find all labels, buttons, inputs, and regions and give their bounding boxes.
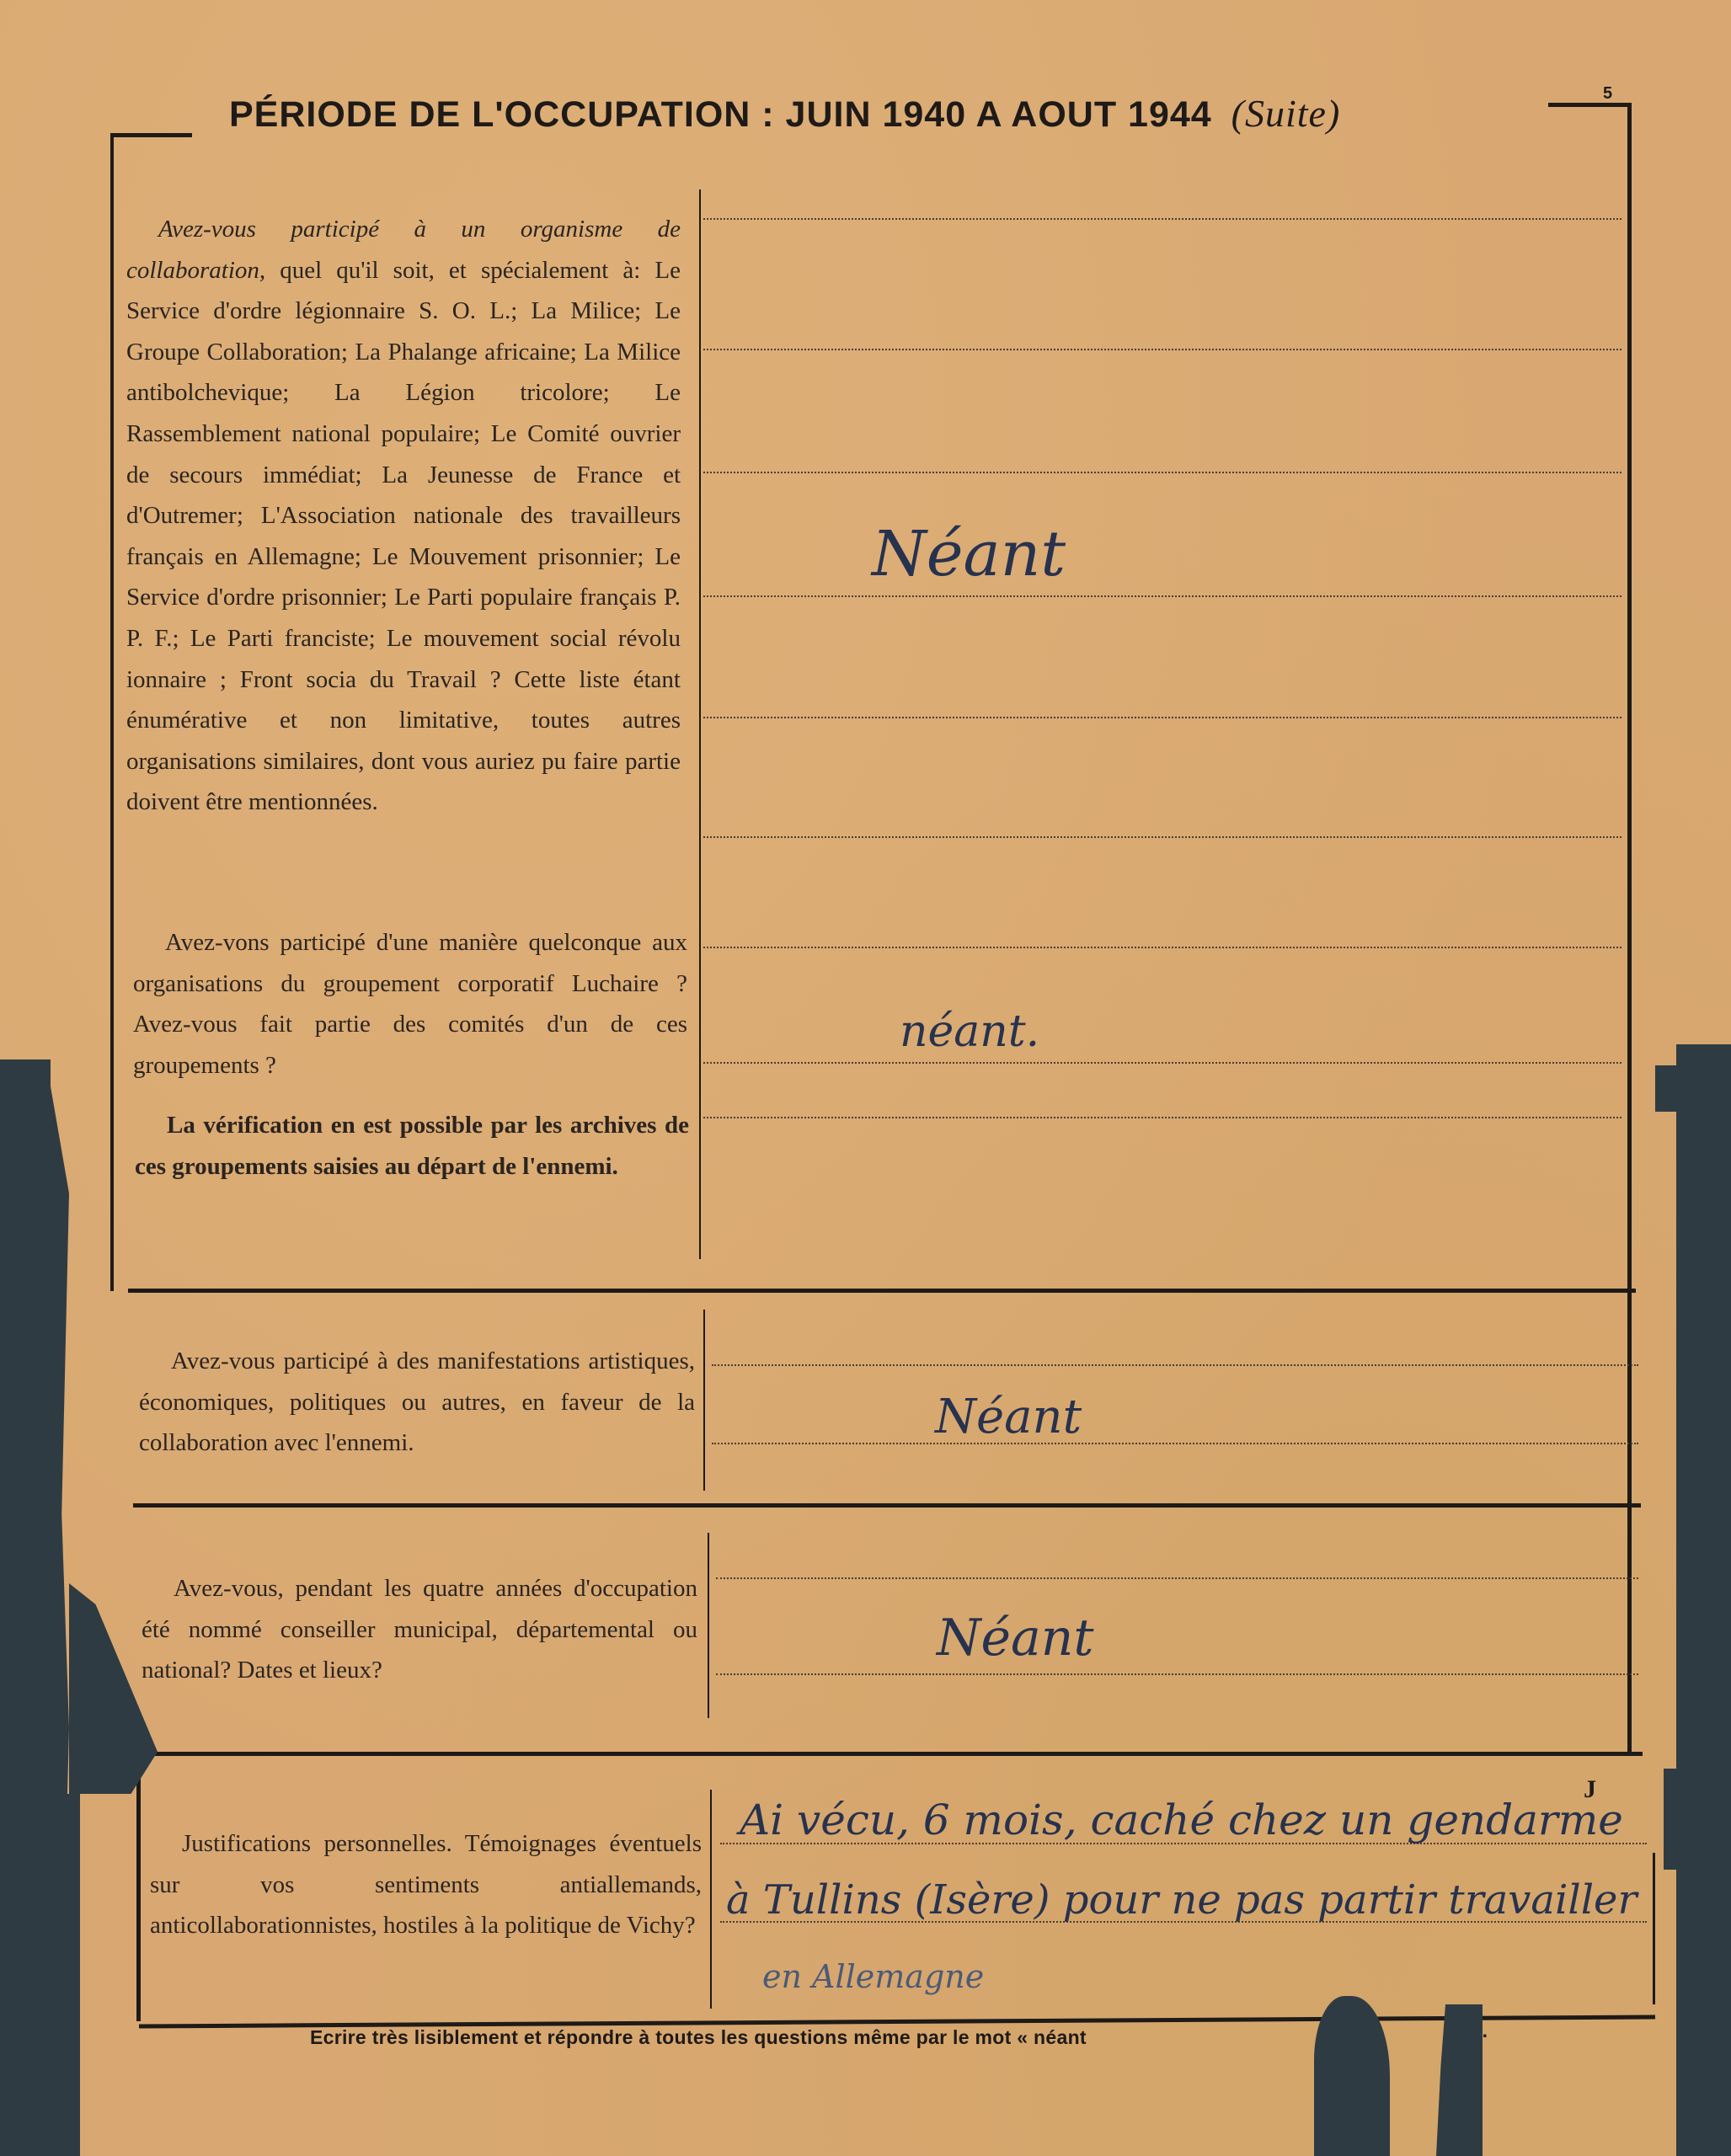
answer-line: [712, 1443, 1638, 1444]
column-divider: [708, 1533, 709, 1718]
answer-line: [716, 1673, 1638, 1675]
page-title: PÉRIODE DE L'OCCUPATION : JUIN 1940 A AO…: [229, 91, 1340, 136]
answer-line: [703, 595, 1621, 597]
column-divider: [703, 1310, 705, 1491]
answer-line: [703, 1062, 1621, 1064]
torn-strip-bottom: [1436, 2004, 1483, 2156]
answer-line: [703, 218, 1621, 220]
document-page: PÉRIODE DE L'OCCUPATION : JUIN 1940 A AO…: [0, 0, 1731, 2156]
frame-left-border-lower: [136, 1777, 141, 2021]
torn-edge-left-bottom: [0, 1794, 80, 2156]
question-justifications: Justifications personnelles. Témoignages…: [150, 1823, 702, 1946]
title-rule-right: [1548, 103, 1628, 107]
answer-groupement-luchaire: néant.: [900, 1006, 1039, 1057]
title-rule-left: [112, 133, 192, 137]
frame-left-border: [110, 133, 114, 1291]
title-text: PÉRIODE DE L'OCCUPATION : JUIN 1940 A AO…: [229, 94, 1212, 135]
verification-note: La vérification en est possible par les …: [135, 1105, 689, 1187]
answer-line: [712, 1364, 1638, 1366]
answer-line: [703, 717, 1621, 718]
torn-hole-bottom: [1314, 1996, 1390, 2156]
section-divider: [128, 1289, 1636, 1293]
page-number: 5: [1603, 84, 1612, 104]
question-manifestations: Avez-vous participé à des manifestations…: [139, 1341, 695, 1464]
answer-line: [703, 1117, 1621, 1118]
answer-justifications-line-1: Ai vécu, 6 mois, caché chez un gendarme: [740, 1796, 1623, 1844]
torn-edge-right: [1676, 1044, 1731, 2156]
section-divider: [133, 1503, 1641, 1508]
torn-edge-right-jag: [1655, 1065, 1680, 1112]
answer-line: [716, 1577, 1638, 1579]
answer-conseiller: Néant: [937, 1609, 1094, 1668]
question-groupement-luchaire: Avez-vons participé d'une manière quelco…: [133, 922, 687, 1086]
title-suffix: (Suite): [1231, 92, 1341, 135]
torn-edge-right-notch: [1664, 1769, 1731, 1870]
answer-line: [703, 472, 1621, 473]
section-divider: [135, 1752, 1643, 1756]
footer-instruction: Ecrire très lisiblement et répondre à to…: [310, 2026, 1087, 2049]
answer-manifestations: Néant: [935, 1390, 1082, 1444]
frame-right-border-lower: [1653, 1853, 1655, 2004]
question-collaboration-organisms: Avez-vous participé à un organisme de co…: [126, 209, 681, 823]
question-conseiller: Avez-vous, pendant les quatre années d'o…: [142, 1568, 697, 1691]
column-divider: [699, 189, 701, 1259]
answer-line: [703, 836, 1621, 838]
answer-line: [703, 947, 1621, 948]
answer-justifications-line-2: à Tullins (Isère) pour ne pas partir tra…: [726, 1876, 1637, 1924]
margin-mark: J: [1584, 1775, 1596, 1804]
answer-justifications-line-3: en Allemagne: [762, 1958, 984, 1995]
answer-collaboration-organisms: Néant: [872, 518, 1066, 590]
column-divider: [710, 1790, 712, 2009]
answer-line: [703, 349, 1621, 350]
